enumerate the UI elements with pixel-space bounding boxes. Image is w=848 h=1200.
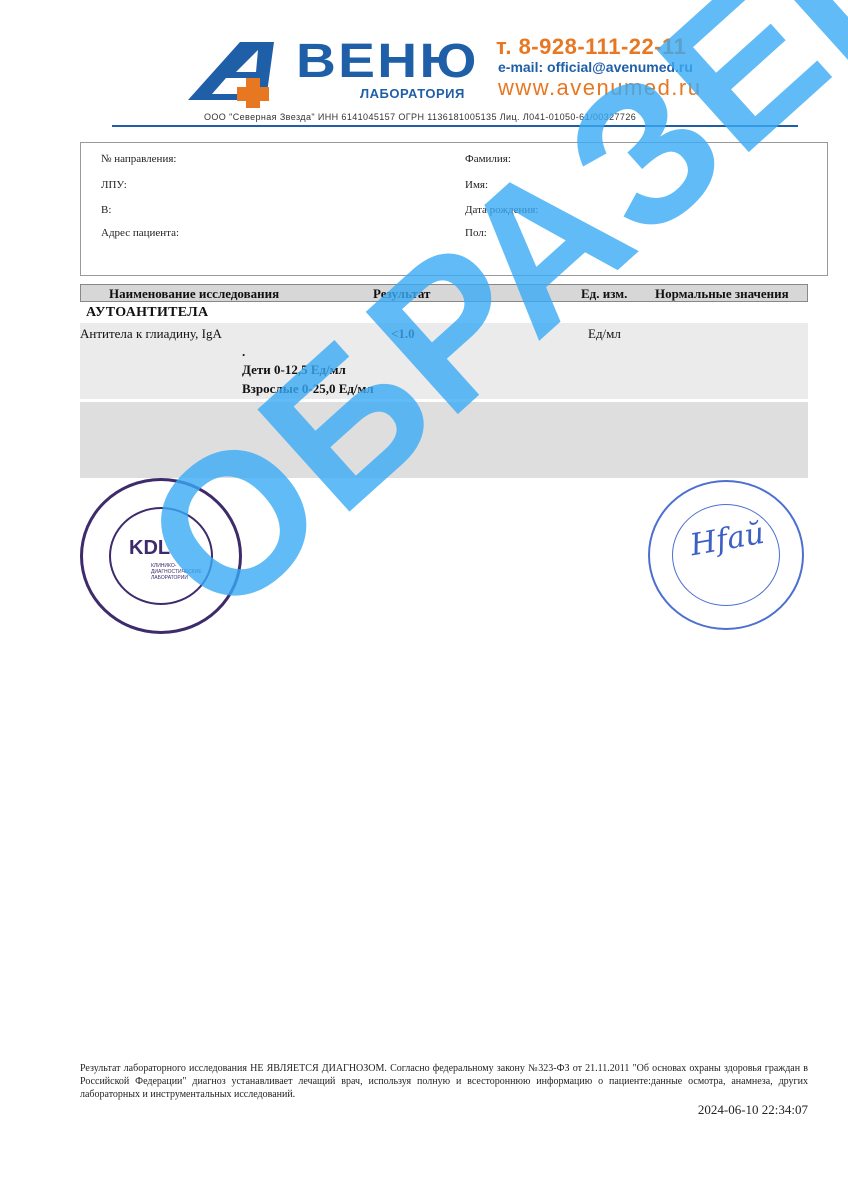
contacts: т. 8-928-111-22-11 e-mail: official@aven… <box>496 36 701 100</box>
lab-stamp: KDL КЛИНИКО-ДИАГНОСТИЧЕСКИЕ ЛАБОРАТОРИИ <box>80 478 242 634</box>
sex-label: Пол: <box>465 227 487 239</box>
surname-label: Фамилия: <box>465 153 511 165</box>
name-label: Имя: <box>465 179 488 191</box>
doctor-stamp: Hfaŭ <box>648 480 804 630</box>
results-table-header: Наименование исследования Результат Ед. … <box>80 284 808 302</box>
logo-a-plus-icon <box>178 38 308 108</box>
company-requisites: ООО "Северная Звезда" ИНН 6141045157 ОГР… <box>204 112 636 122</box>
patient-address-label: Адрес пациента: <box>101 227 179 239</box>
email: e-mail: official@avenumed.ru <box>498 58 701 76</box>
logo-subtitle: ЛАБОРАТОРИЯ <box>360 86 465 101</box>
website: www.avenumed.ru <box>498 76 701 100</box>
patient-info-box: № направления: ЛПУ: В: Адрес пациента: Ф… <box>80 142 828 276</box>
lpu-label: ЛПУ: <box>101 179 127 191</box>
kdl-subtitle: КЛИНИКО-ДИАГНОСТИЧЕСКИЕ ЛАБОРАТОРИИ <box>151 563 211 581</box>
test-result: <1.0 <box>391 326 415 342</box>
v-label: В: <box>101 204 111 216</box>
print-timestamp: 2024-06-10 22:34:07 <box>698 1102 808 1118</box>
header-divider <box>112 125 798 127</box>
table-row: Антитела к глиадину, IgA <1.0 Ед/мл . Де… <box>80 323 808 399</box>
aveniu-logo: ВЕНЮ ЛАБОРАТОРИЯ <box>178 38 448 104</box>
referral-number-label: № направления: <box>101 153 176 165</box>
col-result: Результат <box>373 286 430 302</box>
phone: т. 8-928-111-22-11 <box>496 36 701 58</box>
col-test-name: Наименование исследования <box>109 286 279 302</box>
col-unit: Ед. изм. <box>581 286 627 302</box>
disclaimer: Результат лабораторного исследования НЕ … <box>80 1062 808 1101</box>
test-name: Антитела к глиадину, IgA <box>80 326 222 342</box>
kdl-logo: KDL <box>129 537 170 560</box>
letterhead: ВЕНЮ ЛАБОРАТОРИЯ т. 8-928-111-22-11 e-ma… <box>112 30 798 130</box>
birth-date-label: Дата рождения: <box>465 204 538 216</box>
reference-marker: . <box>242 344 245 360</box>
reference-children: Дети 0-12,5 Ед/мл <box>242 362 346 378</box>
empty-results-area <box>80 402 808 478</box>
reference-adults: Взрослые 0-25,0 Ед/мл <box>242 381 374 397</box>
lab-stamp-inner-ring: KDL КЛИНИКО-ДИАГНОСТИЧЕСКИЕ ЛАБОРАТОРИИ <box>109 507 213 605</box>
logo-wordmark: ВЕНЮ <box>296 38 479 86</box>
test-unit: Ед/мл <box>588 326 621 342</box>
section-title: АУТОАНТИТЕЛА <box>86 305 208 321</box>
col-reference: Нормальные значения <box>655 286 789 302</box>
